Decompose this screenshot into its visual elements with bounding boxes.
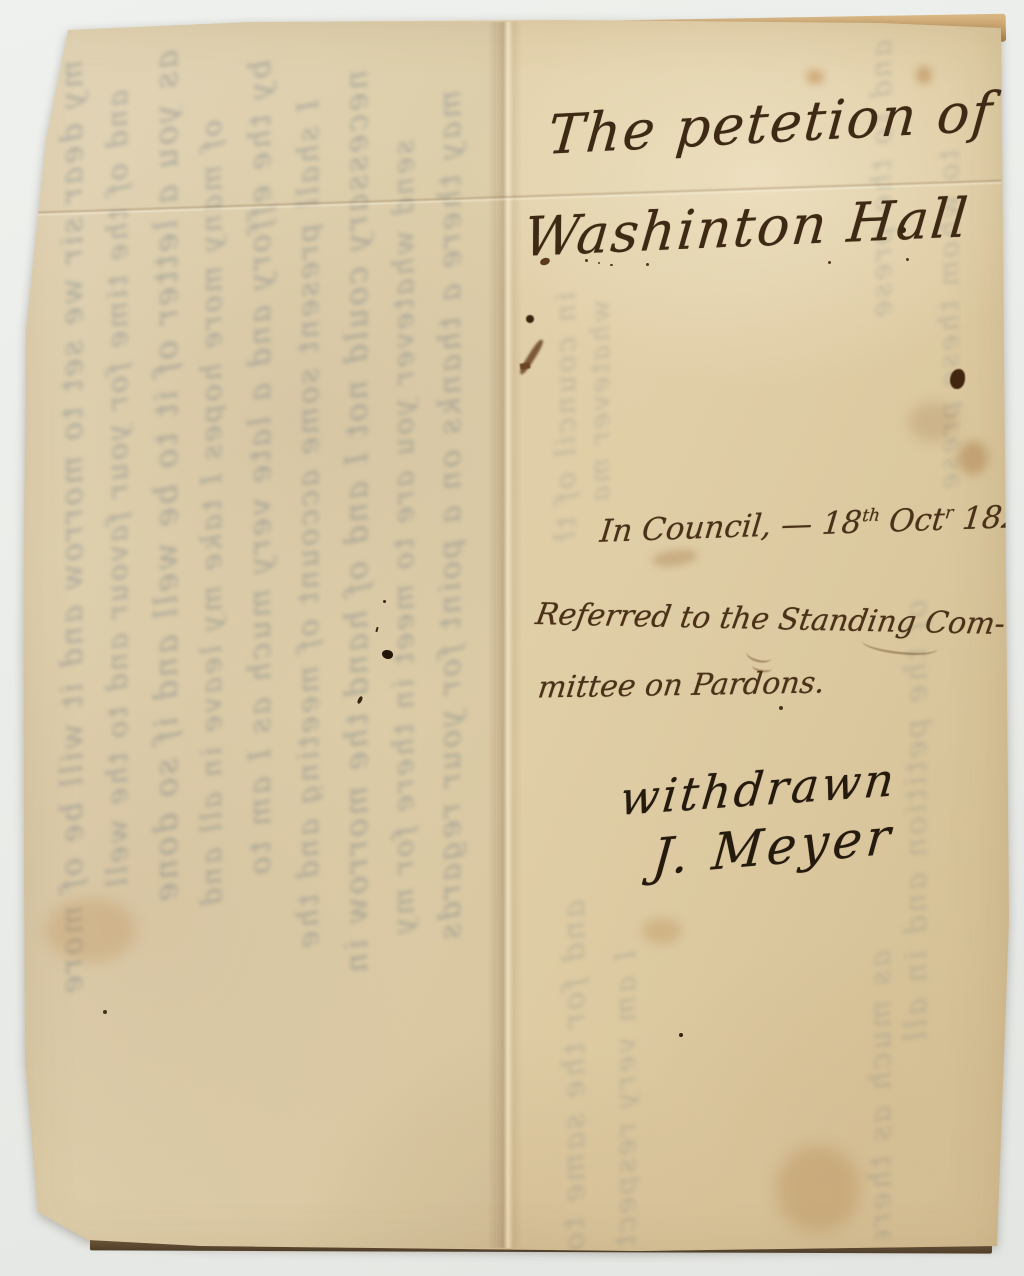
document-page-wrapper: my dear sir we set to morrow and it will… [0, 0, 1024, 1276]
bleedthrough-writing: of many more hopes I take my leave in al… [198, 120, 226, 1220]
bleedthrough-writing: as much as there may be for it [866, 950, 895, 1240]
stain-patch [908, 402, 958, 442]
bleedthrough-writing: and to the present there [868, 40, 896, 320]
bleedthrough-writing: as you a letter of it to be well and if … [150, 50, 182, 1230]
stain-patch [46, 898, 136, 962]
stain-patch [916, 66, 932, 84]
bleedthrough-writing: in council of the morrow there and to be… [552, 292, 580, 542]
scan-background: my dear sir we set to morrow and it will… [0, 0, 1024, 1276]
stain-patch [642, 918, 682, 944]
bleedthrough-writing: whatever may be the same [588, 300, 614, 500]
ink-speck [383, 600, 386, 603]
ink-speck [828, 261, 831, 264]
ink-speck [610, 264, 613, 266]
bleedthrough-writing: may there a thanks on a point for your r… [436, 90, 466, 1220]
ink-speck [103, 1010, 107, 1014]
bleedthrough-writing: and of the time for your favour and to t… [104, 90, 132, 1210]
title-period-dot [900, 227, 906, 233]
ink-spot [526, 315, 534, 323]
ink-speck [779, 706, 783, 710]
bleedthrough-writing: of the petition and in all [902, 600, 932, 1120]
docket-date-part: 1827 [951, 498, 1024, 537]
bleedthrough-writing: necessary could not I and of hand the mo… [342, 70, 373, 1220]
ink-speck [906, 258, 909, 261]
ink-speck [585, 259, 588, 262]
ink-speck [679, 1033, 683, 1037]
stain-patch [958, 441, 988, 475]
ink-blot [382, 650, 393, 659]
bleedthrough-writing: I am very respectfully yours and the sam… [612, 950, 640, 1250]
ink-speck [598, 262, 600, 264]
ink-speck [646, 263, 649, 266]
vertical-fold-crease [488, 22, 522, 1248]
document-page: my dear sir we set to morrow and it will… [0, 0, 1024, 1276]
docket-referral-line2: mittee on Pardons. [536, 665, 827, 705]
stain-patch [806, 70, 824, 84]
docket-date-part: Oct [877, 502, 946, 540]
bleedthrough-writing: my dear sir we set to morrow and it will… [58, 60, 88, 1210]
bleedthrough-writing: and for the same to all there [560, 900, 590, 1250]
bleedthrough-writing: send whatever you are to meet in there f… [390, 140, 418, 1220]
bleedthrough-writing: by the effory and a late very much as I … [246, 60, 276, 1220]
bleedthrough-writing: I shall present some account of meeting … [294, 100, 323, 1220]
stain-patch [776, 1146, 860, 1232]
